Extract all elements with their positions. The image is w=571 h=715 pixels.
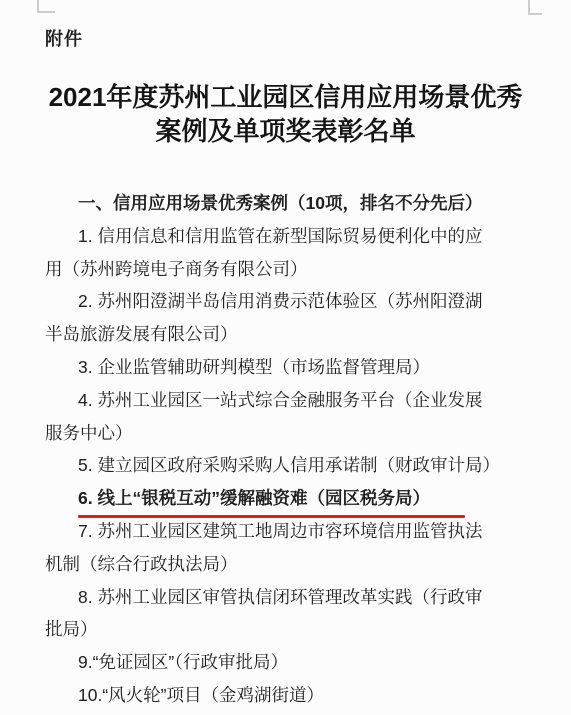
list-item-line: 机制（综合行政执法局） — [45, 548, 537, 581]
list-item: 10.“风火轮”项目（金鸡湖街道） — [45, 679, 537, 712]
list-item-line: 1. 信用信息和信用监管在新型国际贸易便利化中的应 — [45, 220, 537, 253]
case-list: 1. 信用信息和信用监管在新型国际贸易便利化中的应用（苏州跨境电子商务有限公司）… — [45, 220, 537, 712]
list-item-line: 7. 苏州工业园区建筑工地周边市容环境信用监管执法 — [45, 515, 537, 548]
list-item-line: 9.“免证园区”（行政审批局） — [45, 646, 537, 679]
section-heading: 一、信用应用场景优秀案例（10项，排名不分先后） — [45, 187, 537, 220]
list-item-line: 2. 苏州阳澄湖半岛信用消费示范体验区（苏州阳澄湖 — [45, 285, 537, 318]
list-item-line: 8. 苏州工业园区审管执信闭环管理改革实践（行政审 — [45, 581, 537, 614]
list-item: 3. 企业监管辅助研判模型（市场监督管理局） — [45, 351, 537, 384]
document-body: 一、信用应用场景优秀案例（10项，排名不分先后） 1. 信用信息和信用监管在新型… — [45, 187, 537, 712]
list-item-line: 5. 建立园区政府采购采购人信用承诺制（财政审计局） — [45, 449, 537, 482]
crop-mark-top-left — [37, 0, 55, 13]
list-item: 8. 苏州工业园区审管执信闭环管理改革实践（行政审批局） — [45, 581, 537, 647]
list-item-line: 半岛旅游发展有限公司） — [45, 318, 537, 351]
section-heading-text: 一、信用应用场景优秀案例（10项，排名不分先后） — [45, 187, 537, 220]
document-page: 附件 2021年度苏州工业园区信用应用场景优秀 案例及单项奖表彰名单 一、信用应… — [0, 0, 571, 715]
list-item-line: 10.“风火轮”项目（金鸡湖街道） — [45, 679, 537, 712]
list-item-line: 用（苏州跨境电子商务有限公司） — [45, 253, 537, 286]
list-item: 4. 苏州工业园区一站式综合金融服务平台（企业发展服务中心） — [45, 384, 537, 450]
list-item-line: 批局） — [45, 613, 537, 646]
list-item: 5. 建立园区政府采购采购人信用承诺制（财政审计局） — [45, 449, 537, 482]
list-item-line: 3. 企业监管辅助研判模型（市场监督管理局） — [45, 351, 537, 384]
list-item-line: 6. 线上“银税互动”缓解融资难（园区税务局） — [45, 482, 537, 515]
crop-mark-top-right — [528, 0, 542, 15]
list-item-line: 4. 苏州工业园区一站式综合金融服务平台（企业发展 — [45, 384, 537, 417]
list-item-line: 服务中心） — [45, 417, 537, 450]
document-title-line-2: 案例及单项奖表彰名单 — [0, 114, 571, 148]
document-title-line-1: 2021年度苏州工业园区信用应用场景优秀 — [0, 80, 571, 114]
list-item: 9.“免证园区”（行政审批局） — [45, 646, 537, 679]
list-item: 1. 信用信息和信用监管在新型国际贸易便利化中的应用（苏州跨境电子商务有限公司） — [45, 220, 537, 286]
list-item: 2. 苏州阳澄湖半岛信用消费示范体验区（苏州阳澄湖半岛旅游发展有限公司） — [45, 285, 537, 351]
document-title: 2021年度苏州工业园区信用应用场景优秀 案例及单项奖表彰名单 — [0, 80, 571, 148]
list-item: 6. 线上“银税互动”缓解融资难（园区税务局） — [45, 482, 537, 515]
attachment-label: 附件 — [45, 27, 571, 51]
list-item: 7. 苏州工业园区建筑工地周边市容环境信用监管执法机制（综合行政执法局） — [45, 515, 537, 581]
